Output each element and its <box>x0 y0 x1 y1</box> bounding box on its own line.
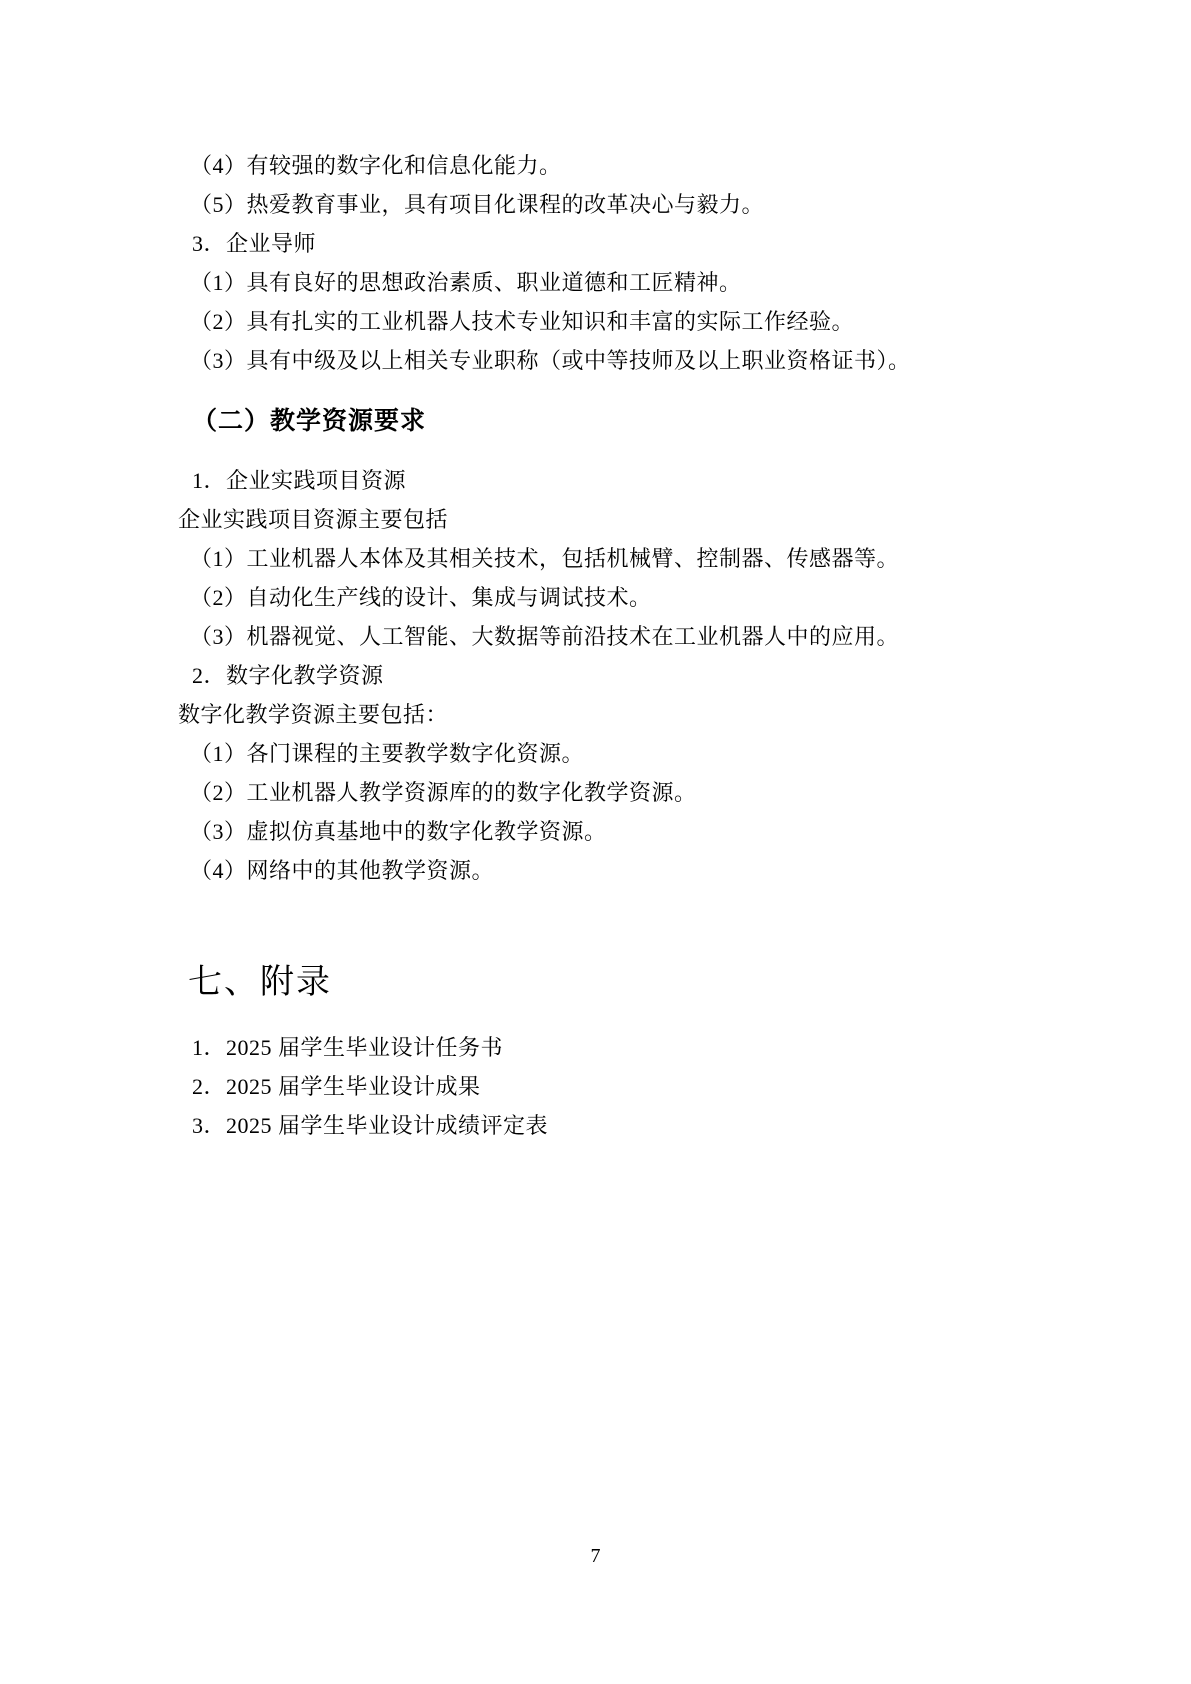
paragraph-item: （2）工业机器人教学资源库的的数字化教学资源。 <box>178 773 1058 812</box>
chapter-heading-appendix: 七、附录 <box>178 959 1058 1005</box>
teacher-requirements-block: （4）有较强的数字化和信息化能力。 （5）热爱教育事业，具有项目化课程的改革决心… <box>178 146 1058 380</box>
paragraph-item: （5）热爱教育事业，具有项目化课程的改革决心与毅力。 <box>178 185 1058 224</box>
section-heading-teaching-resources: （二）教学资源要求 <box>178 400 1058 444</box>
appendix-item: 2．2025 届学生毕业设计成果 <box>178 1067 1058 1106</box>
paragraph-item: （3）机器视觉、人工智能、大数据等前沿技术在工业机器人中的应用。 <box>178 617 1058 656</box>
document-page: （4）有较强的数字化和信息化能力。 （5）热爱教育事业，具有项目化课程的改革决心… <box>0 0 1191 1684</box>
paragraph-item: （3）虚拟仿真基地中的数字化教学资源。 <box>178 812 1058 851</box>
paragraph-numbered: 3．企业导师 <box>178 224 1058 263</box>
paragraph-item: （1）具有良好的思想政治素质、职业道德和工匠精神。 <box>178 263 1058 302</box>
paragraph-item: （3）具有中级及以上相关专业职称（或中等技师及以上职业资格证书）。 <box>178 341 1058 380</box>
paragraph-item: （4）有较强的数字化和信息化能力。 <box>178 146 1058 185</box>
page-number: 7 <box>0 1543 1191 1569</box>
paragraph-item: （4）网络中的其他教学资源。 <box>178 851 1058 890</box>
paragraph-item: （1）各门课程的主要教学数字化资源。 <box>178 734 1058 773</box>
paragraph-plain: 数字化教学资源主要包括： <box>178 695 1058 734</box>
teaching-resources-block: 1．企业实践项目资源 企业实践项目资源主要包括 （1）工业机器人本体及其相关技术… <box>178 461 1058 890</box>
paragraph-item: （2）具有扎实的工业机器人技术专业知识和丰富的实际工作经验。 <box>178 302 1058 341</box>
paragraph-numbered: 2．数字化教学资源 <box>178 656 1058 695</box>
appendix-item: 1．2025 届学生毕业设计任务书 <box>178 1028 1058 1067</box>
page-content: （4）有较强的数字化和信息化能力。 （5）热爱教育事业，具有项目化课程的改革决心… <box>178 146 1058 1145</box>
appendix-item: 3．2025 届学生毕业设计成绩评定表 <box>178 1106 1058 1145</box>
paragraph-item: （1）工业机器人本体及其相关技术，包括机械臂、控制器、传感器等。 <box>178 539 1058 578</box>
appendix-list-block: 1．2025 届学生毕业设计任务书 2．2025 届学生毕业设计成果 3．202… <box>178 1028 1058 1145</box>
paragraph-numbered: 1．企业实践项目资源 <box>178 461 1058 500</box>
paragraph-item: （2）自动化生产线的设计、集成与调试技术。 <box>178 578 1058 617</box>
paragraph-plain: 企业实践项目资源主要包括 <box>178 500 1058 539</box>
